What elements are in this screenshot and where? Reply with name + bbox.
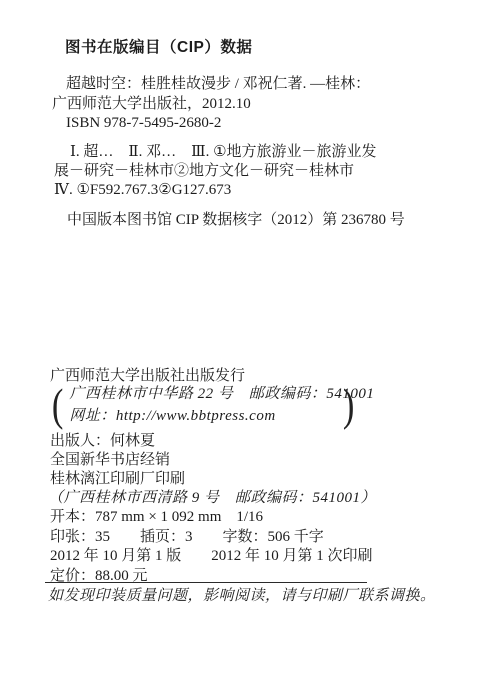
- book-copyright-page: 图书在版编目（CIP）数据 超越时空：桂胜桂故漫步 / 邓祝仁著. —桂林： 广…: [0, 0, 500, 691]
- quality-note-line: 如发现印装质量问题，影响阅读，请与印刷厂联系调换。: [48, 586, 436, 606]
- publisher-person-line: 出版人：何林夏: [50, 431, 155, 451]
- classification-line-2: 展－研究－桂林市②地方文化－研究－桂林市: [54, 161, 354, 181]
- publisher-address-line: 广西桂林市中华路 22 号 邮政编码：541001: [69, 383, 341, 405]
- cip-record-number: 中国版本图书馆 CIP 数据核字（2012）第 236780 号: [67, 210, 405, 230]
- publisher-address-group: ( 广西桂林市中华路 22 号 邮政编码：541001 网址：http://ww…: [50, 382, 357, 428]
- publisher-website-line: 网址：http://www.bbtpress.com: [69, 405, 341, 427]
- price-line: 定价：88.00 元: [50, 566, 148, 586]
- sheets-line: 印张：35 插页：3 字数：506 千字: [50, 527, 324, 547]
- open-paren: (: [52, 382, 63, 428]
- book-title-line: 超越时空：桂胜桂故漫步 / 邓祝仁著. —桂林：: [66, 74, 370, 94]
- edition-line: 2012 年 10 月第 1 版 2012 年 10 月第 1 次印刷: [50, 546, 373, 566]
- book-publisher-line: 广西师范大学出版社，2012.10: [52, 94, 251, 114]
- printer-line: 桂林漓江印刷厂印刷: [50, 469, 185, 489]
- format-line: 开本：787 mm × 1 092 mm 1/16: [50, 507, 263, 527]
- classification-line-3: Ⅳ. ①F592.767.3②G127.673: [54, 180, 231, 200]
- distribution-line: 全国新华书店经销: [50, 450, 170, 470]
- publisher-address-lines: 广西桂林市中华路 22 号 邮政编码：541001 网址：http://www.…: [69, 383, 341, 427]
- classification-line-1: Ⅰ. 超… Ⅱ. 邓… Ⅲ. ①地方旅游业－旅游业发: [70, 142, 377, 162]
- cip-heading: 图书在版编目（CIP）数据: [65, 38, 252, 58]
- divider-rule: [45, 582, 367, 583]
- close-paren: ): [343, 382, 354, 428]
- printer-address-line: （广西桂林市西清路 9 号 邮政编码：541001）: [48, 488, 376, 508]
- isbn-line: ISBN 978-7-5495-2680-2: [66, 113, 221, 133]
